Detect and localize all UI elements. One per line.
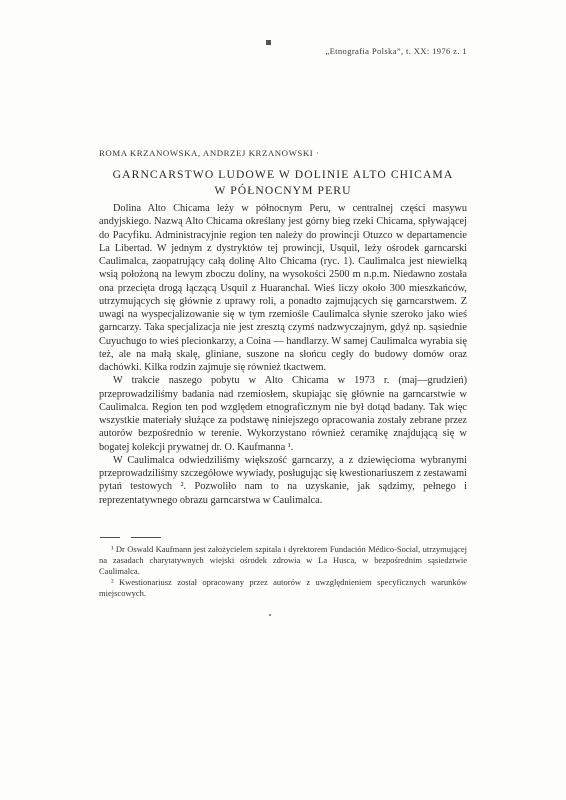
body-paragraph: Dolina Alto Chicama leży w północnym Per… — [99, 202, 467, 374]
ink-stamp-mark-icon — [266, 40, 271, 45]
article-title-line2: W PÓŁNOCNYM PERU — [99, 183, 467, 199]
footnote: ² Kwestionariusz został opracowany przez… — [99, 577, 467, 599]
body-paragraph: W trakcie naszego pobytu w Alto Chicama … — [99, 374, 467, 454]
scanned-journal-page: „Etnografia Polska”, t. XX: 1976 z. 1 RO… — [0, 0, 566, 800]
separator-dash-icon — [100, 537, 120, 538]
footnotes-block: ¹ Dr Oswald Kaufmann jest założycielem s… — [99, 544, 467, 599]
separator-dash-icon — [131, 537, 161, 538]
article-title: GARNCARSTWO LUDOWE W DOLINIE ALTO CHICAM… — [99, 167, 467, 198]
footnote-separator — [100, 537, 161, 538]
scan-speck-icon — [269, 614, 271, 616]
article-body: Dolina Alto Chicama leży w północnym Per… — [99, 202, 467, 507]
journal-reference: „Etnografia Polska”, t. XX: 1976 z. 1 — [99, 46, 467, 57]
body-paragraph: W Caulimalca odwiedziliśmy większość gar… — [99, 454, 467, 507]
article-title-line1: GARNCARSTWO LUDOWE W DOLINIE ALTO CHICAM… — [99, 167, 467, 183]
authors-line: ROMA KRZANOWSKA, ANDRZEJ KRZANOWSKI · — [99, 148, 467, 159]
footnote: ¹ Dr Oswald Kaufmann jest założycielem s… — [99, 544, 467, 577]
